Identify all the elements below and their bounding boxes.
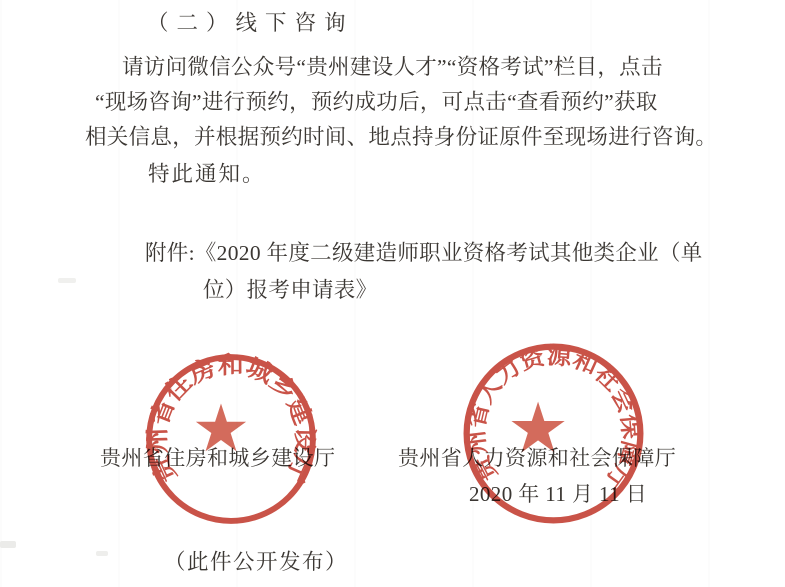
footer-note: （此件公开发布）	[164, 549, 348, 575]
body-line: 相关信息，并根据预约时间、地点持身份证原件至现场进行咨询。	[85, 124, 717, 150]
attachment-line: 位）报考申请表》	[203, 277, 377, 303]
seal-curved-text: 贵州省人力资源和社会保障厅	[463, 343, 645, 496]
body-line: “现场咨询”进行预约，预约成功后，可点击“查看预约”获取	[95, 89, 658, 115]
seal-text: 贵州省人力资源和社会保障厅	[463, 343, 645, 496]
scan-artifact	[58, 278, 76, 283]
star-icon	[196, 404, 246, 452]
right-official-seal: 贵州省人力资源和社会保障厅	[457, 337, 650, 530]
seal-text: 贵州省住房和城乡建设厅	[144, 352, 318, 487]
seal-curved-text: 贵州省住房和城乡建设厅	[144, 352, 318, 487]
star-icon	[511, 402, 564, 453]
scan-artifact	[0, 541, 16, 548]
scanned-document-page: （二）线下咨询 请访问微信公众号“贵州建设人才”“资格考试”栏目，点击 “现场咨…	[0, 0, 785, 587]
closing-line: 特此通知。	[148, 161, 266, 187]
left-official-seal: 贵州省住房和城乡建设厅	[140, 348, 322, 530]
section-heading: （二）线下咨询	[147, 10, 354, 36]
body-line: 请访问微信公众号“贵州建设人才”“资格考试”栏目，点击	[122, 54, 663, 80]
attachment-line: 附件:《2020 年度二级建造师职业资格考试其他类企业（单	[145, 240, 703, 266]
scan-artifact	[96, 551, 108, 556]
